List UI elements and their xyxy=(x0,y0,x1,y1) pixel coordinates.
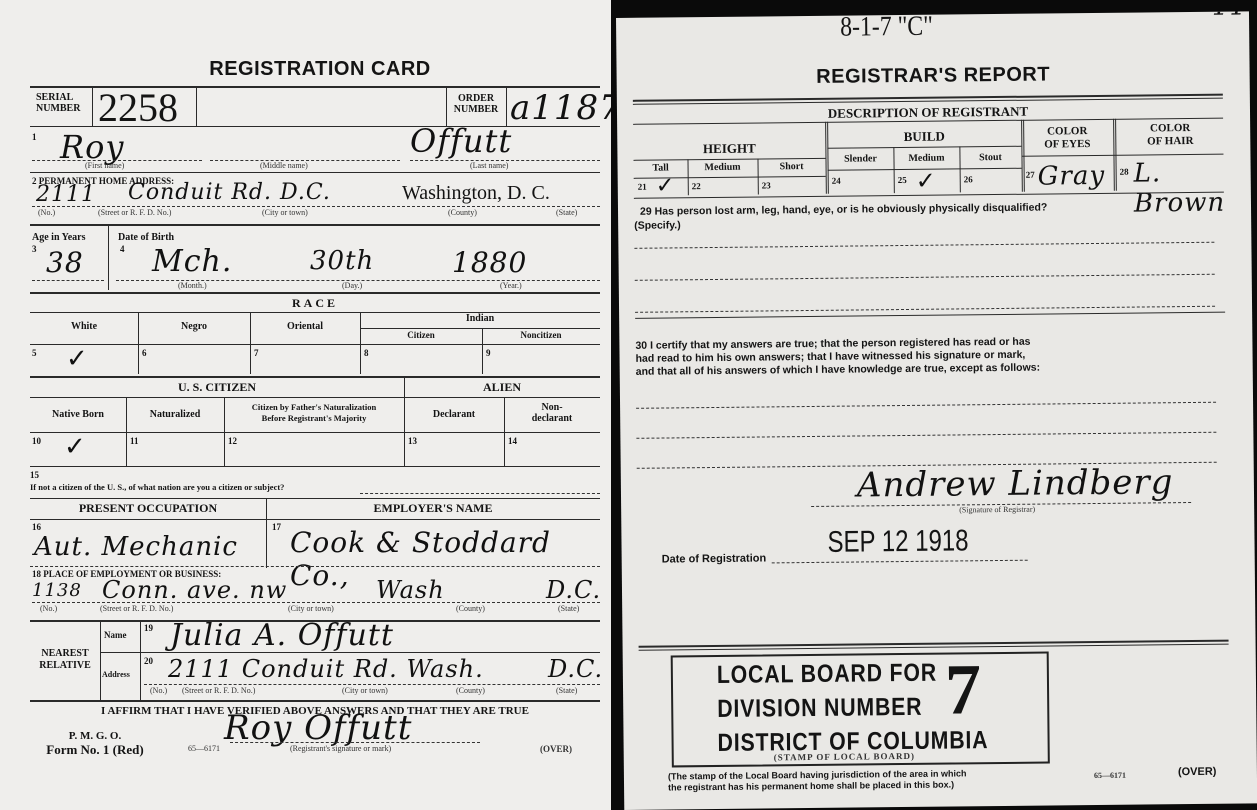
relative-state: D.C. xyxy=(548,655,603,683)
nearest-relative-label: NEAREST RELATIVE xyxy=(30,648,100,672)
home-address-street: Conduit Rd. D.C. xyxy=(128,180,331,205)
serial-number-label: SERIAL NUMBER xyxy=(36,92,80,114)
occupation-value: Aut. Mechanic xyxy=(34,532,238,562)
occupation-heading: PRESENT OCCUPATION xyxy=(30,501,266,516)
report-title: REGISTRAR'S REPORT xyxy=(617,61,1250,91)
race-white-check: ✓ xyxy=(66,344,88,374)
home-address-number: 2111 xyxy=(36,182,96,207)
order-number-label: ORDER NUMBER xyxy=(450,93,502,115)
dob-year: 1880 xyxy=(452,246,527,279)
age-label: Age in Years xyxy=(32,232,86,243)
build-heading: BUILD xyxy=(827,128,1021,146)
serial-number-value: 2258 xyxy=(98,84,178,131)
employment-number: 1138 xyxy=(32,580,82,601)
registrars-report-card: 8-1-7 "C" 11 REGISTRAR'S REPORT DESCRIPT… xyxy=(616,11,1257,810)
certification-text: 30 I certify that my answers are true; t… xyxy=(635,336,1040,379)
dob-month: Mch. xyxy=(152,244,232,279)
hair-color-value: L. Brown xyxy=(1134,157,1252,218)
form-code: 8-1-7 "C" xyxy=(840,11,933,43)
registrar-signature: Andrew Lindberg xyxy=(857,462,1174,505)
card-title: REGISTRATION CARD xyxy=(0,58,611,81)
eye-color-value: Gray xyxy=(1038,161,1106,192)
alien-heading: ALIEN xyxy=(404,380,600,395)
over-label: (OVER) xyxy=(540,744,572,754)
race-heading: RACE xyxy=(30,296,600,311)
native-born-check: ✓ xyxy=(64,432,86,462)
form-label: P. M. G. O. Form No. 1 (Red) xyxy=(40,730,150,758)
height-tall-check: ✓ xyxy=(656,173,675,198)
employment-city: Wash xyxy=(376,576,445,604)
eye-color-heading: COLOR OF EYES xyxy=(1021,125,1113,152)
over-label-right: (OVER) xyxy=(1178,766,1217,778)
corner-mark: 11 xyxy=(1212,11,1247,21)
employment-state: D.C. xyxy=(546,576,601,604)
date-label: Date of Registration xyxy=(662,552,767,565)
registration-card: REGISTRATION CARD SERIAL NUMBER 2258 ORD… xyxy=(0,0,611,810)
employment-street: Conn. ave. nw xyxy=(102,576,287,604)
question-29: 29 Has person lost arm, leg, hand, eye, … xyxy=(640,201,1047,217)
stamp-instruction: (The stamp of the Local Board having jur… xyxy=(668,768,967,793)
employer-heading: EMPLOYER'S NAME xyxy=(266,501,600,516)
last-name-value: Offutt xyxy=(410,122,512,160)
us-citizen-heading: U. S. CITIZEN xyxy=(30,380,404,395)
age-value: 38 xyxy=(46,246,84,279)
relative-address: 2111 Conduit Rd. Wash. xyxy=(168,655,484,683)
height-heading: HEIGHT xyxy=(633,140,825,158)
relative-name: Julia A. Offutt xyxy=(170,618,394,653)
hair-color-heading: COLOR OF HAIR xyxy=(1115,122,1225,149)
nation-question: If not a citizen of the U. S., of what n… xyxy=(30,482,284,492)
home-address-county-state: Washington, D. C. xyxy=(402,182,550,205)
order-number-value: a1187 xyxy=(510,88,611,128)
local-board-stamp: LOCAL BOARD FOR DIVISION NUMBER DISTRICT… xyxy=(671,652,1050,768)
registration-date: SEP 12 1918 xyxy=(827,524,968,559)
division-number: 7 xyxy=(945,648,982,731)
dob-day: 30th xyxy=(310,246,374,276)
dob-label: Date of Birth xyxy=(118,232,174,243)
build-medium-check: ✓ xyxy=(916,167,936,195)
